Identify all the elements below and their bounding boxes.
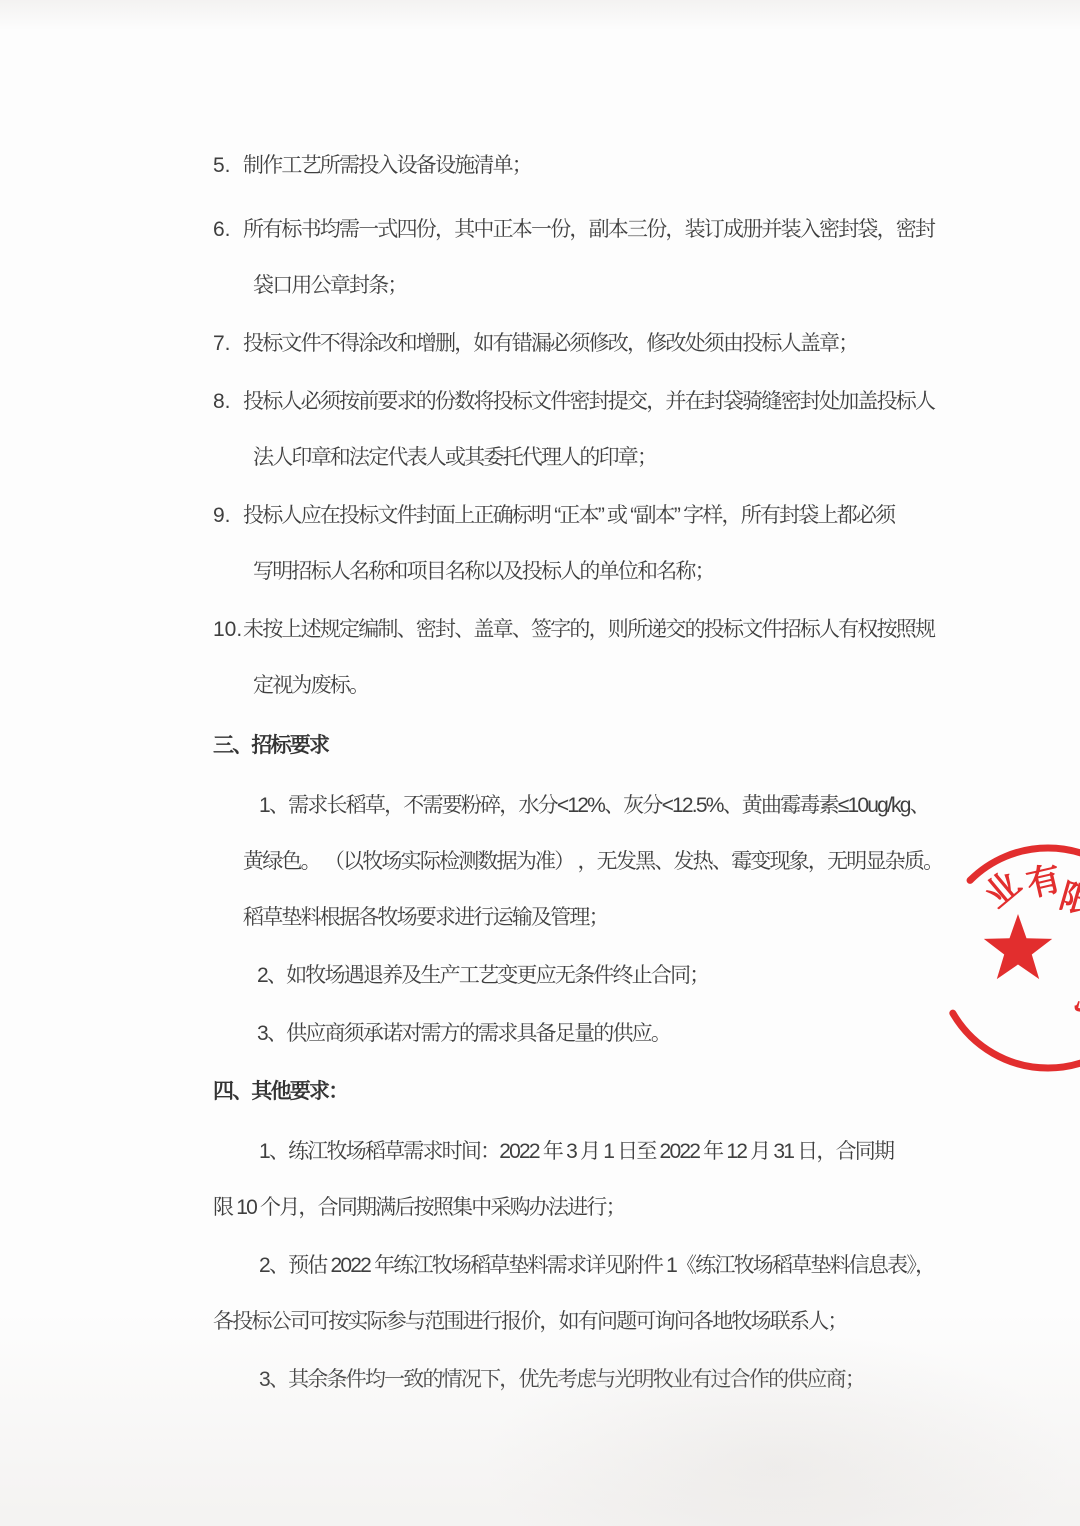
section-3-item3: 3、供应商须承诺对需方的需求具备足量的供应。	[257, 1006, 953, 1062]
seal-char-gong: 公	[1075, 923, 1080, 973]
document-page: 5.制作工艺所需投入设备设施清单； 6.所有标书均需一式四份，其中正本一份，副本…	[0, 0, 1080, 1526]
list-item-10-continued: 定视为废标。	[253, 658, 953, 714]
list-item-9-continued: 写明招标人名称和项目名称以及投标人的单位和名称；	[253, 544, 953, 600]
list-item-9: 9.投标人应在投标文件封面上正确标明 “正本” 或 “副本” 字样，所有封袋上都…	[213, 488, 953, 544]
list-item-8: 8.投标人必须按前要求的份数将投标文件密封提交，并在封袋骑缝密封处加盖投标人	[213, 374, 953, 430]
seal-char-si: 司	[1068, 980, 1080, 1020]
list-item-6: 6.所有标书均需一式四份，其中正本一份，副本三份，装订成册并装入密封袋，密封	[213, 202, 953, 258]
list-item-text: 未按上述规定编制、密封、盖章、签字的，则所递交的投标文件招标人有权按照规	[243, 618, 934, 641]
section-3-heading: 三、招标要求	[213, 718, 953, 774]
section-4-para2-line1: 2、预估 2022 年练江牧场稻草垫料需求详见附件 1《练江牧场稻草垫料信息表》…	[259, 1238, 953, 1294]
section-4-para3: 3、其余条件均一致的情况下，优先考虑与光明牧业有过合作的供应商；	[259, 1352, 953, 1408]
list-item-5: 5.制作工艺所需投入设备设施清单；	[213, 138, 953, 194]
list-number: 8.	[213, 374, 243, 430]
company-seal-stamp: 业 有 限 公 司	[930, 838, 1080, 1098]
section-3-item2: 2、如牧场遇退养及生产工艺变更应无条件终止合同；	[257, 948, 953, 1004]
document-body: 5.制作工艺所需投入设备设施清单； 6.所有标书均需一式四份，其中正本一份，副本…	[213, 138, 953, 1408]
list-number: 5.	[213, 138, 243, 194]
section-3-para1-line1: 1、需求长稻草，不需要粉碎，水分<12%、灰分<12.5%、黄曲霉毒素≤10ug…	[259, 778, 953, 834]
section-4-para2-line2: 各投标公司可按实际参与范围进行报价，如有问题可询问各地牧场联系人；	[213, 1294, 953, 1350]
list-item-6-continued: 袋口用公章封条；	[253, 258, 953, 314]
section-4-para1-line2: 限 10 个月，合同期满后按照集中采购办法进行；	[213, 1180, 953, 1236]
section-3-para1-line2: 黄绿色。 （以牧场实际检测数据为准） ，无发黑、发热、霉变现象，无明显杂质。	[243, 834, 953, 890]
list-item-text: 投标人必须按前要求的份数将投标文件密封提交，并在封袋骑缝密封处加盖投标人	[243, 390, 934, 413]
list-number: 7.	[213, 316, 243, 372]
section-4-heading: 四、其他要求：	[213, 1064, 953, 1120]
section-4-para1-line1: 1、练江牧场稻草需求时间：2022 年 3 月 1 日至 2022 年 12 月…	[259, 1124, 953, 1180]
list-number: 10.	[213, 602, 243, 658]
list-item-text: 投标文件不得涂改和增删，如有错漏必须修改，修改处须由投标人盖章；	[243, 332, 857, 355]
list-item-7: 7.投标文件不得涂改和增删，如有错漏必须修改，修改处须由投标人盖章；	[213, 316, 953, 372]
list-item-text: 制作工艺所需投入设备设施清单；	[243, 154, 531, 177]
section-3-para1-line3: 稻草垫料根据各牧场要求进行运输及管理；	[243, 890, 953, 946]
list-item-text: 所有标书均需一式四份，其中正本一份，副本三份，装订成册并装入密封袋，密封	[243, 218, 934, 241]
seal-char-you: 有	[1023, 860, 1065, 905]
list-item-8-continued: 法人印章和法定代表人或其委托代理人的印章；	[253, 430, 953, 486]
list-item-text: 投标人应在投标文件封面上正确标明 “正本” 或 “副本” 字样，所有封袋上都必须	[243, 504, 894, 527]
list-number: 6.	[213, 202, 243, 258]
seal-star-icon	[984, 914, 1052, 979]
list-item-10: 10.未按上述规定编制、密封、盖章、签字的，则所递交的投标文件招标人有权按照规	[213, 602, 953, 658]
seal-char-ye: 业	[978, 865, 1028, 916]
list-number: 9.	[213, 488, 243, 544]
